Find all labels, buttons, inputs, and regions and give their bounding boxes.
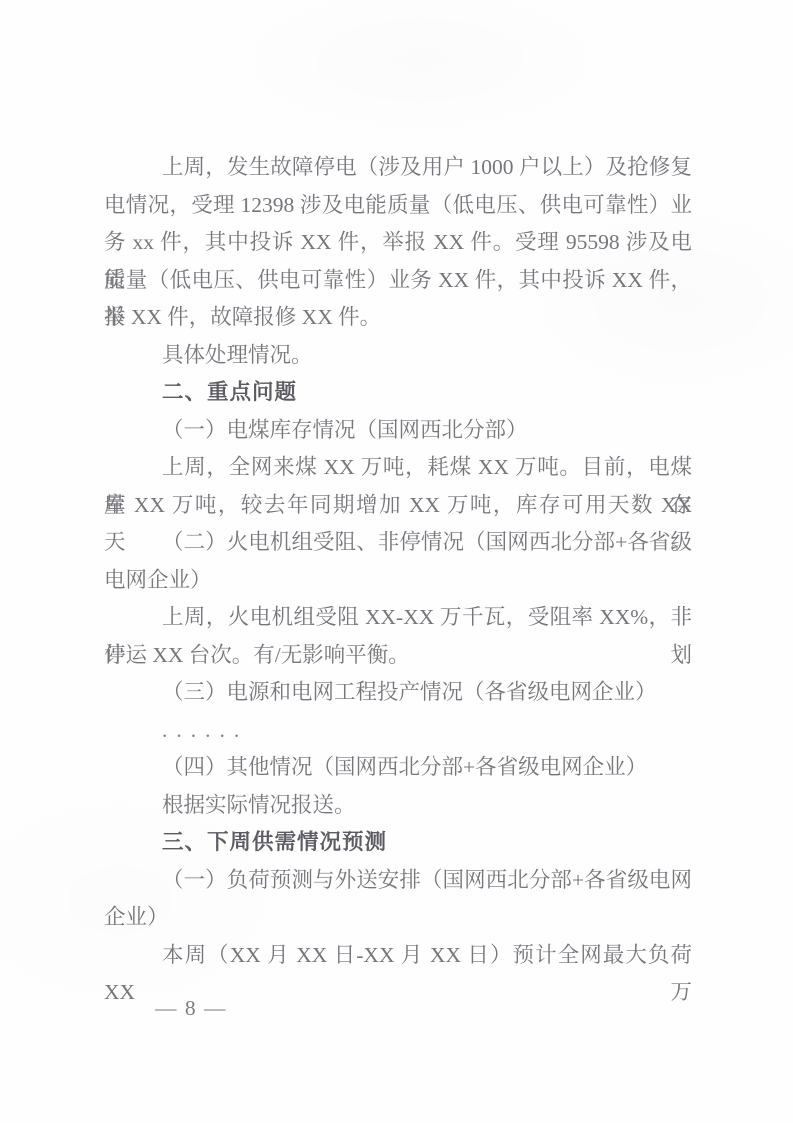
text-line: 上周，发生故障停电（涉及用户 1000 户以上）及抢修复 — [104, 149, 692, 187]
text-line: 二、重点问题 — [104, 374, 692, 412]
text-line: 量 XX 万吨，较去年同期增加 XX 万吨，库存可用天数 XX 天。 — [104, 487, 692, 525]
text-line: 企业） — [104, 899, 692, 937]
document-page: 上周，发生故障停电（涉及用户 1000 户以上）及抢修复电情况，受理 12398… — [0, 0, 793, 1123]
text-line: 务 xx 件，其中投诉 XX 件，举报 XX 件。受理 95598 涉及电能 — [104, 224, 692, 262]
text-line: 报 XX 件，故障报修 XX 件。 — [104, 299, 692, 337]
page-number: — 8 — — [155, 994, 227, 1022]
text-line: （一）负荷预测与外送安排（国网西北分部+各省级电网 — [104, 862, 692, 900]
text-line: ...... — [104, 712, 692, 750]
text-line: 具体处理情况。 — [104, 337, 692, 375]
text-line: （二）火电机组受阻、非停情况（国网西北分部+各省级 — [104, 524, 692, 562]
text-line: 质量（低电压、供电可靠性）业务 XX 件，其中投诉 XX 件，举 — [104, 262, 692, 300]
text-line: 电情况，受理 12398 涉及电能质量（低电压、供电可靠性）业 — [104, 187, 692, 225]
text-line: 本周（XX 月 XX 日-XX 月 XX 日）预计全网最大负荷 XX 万 — [104, 937, 692, 975]
text-line: 根据实际情况报送。 — [104, 787, 692, 825]
text-line: 上周，火电机组受阻 XX-XX 万千瓦，受阻率 XX%，非计划 — [104, 599, 692, 637]
text-line: （一）电煤库存情况（国网西北分部） — [104, 412, 692, 450]
text-line: 三、下周供需情况预测 — [104, 824, 692, 862]
document-body: 上周，发生故障停电（涉及用户 1000 户以上）及抢修复电情况，受理 12398… — [104, 149, 692, 974]
text-line: （三）电源和电网工程投产情况（各省级电网企业） — [104, 674, 692, 712]
text-line: 上周，全网来煤 XX 万吨，耗煤 XX 万吨。目前，电煤库存 — [104, 449, 692, 487]
text-line: （四）其他情况（国网西北分部+各省级电网企业） — [104, 749, 692, 787]
text-line: 电网企业） — [104, 562, 692, 600]
